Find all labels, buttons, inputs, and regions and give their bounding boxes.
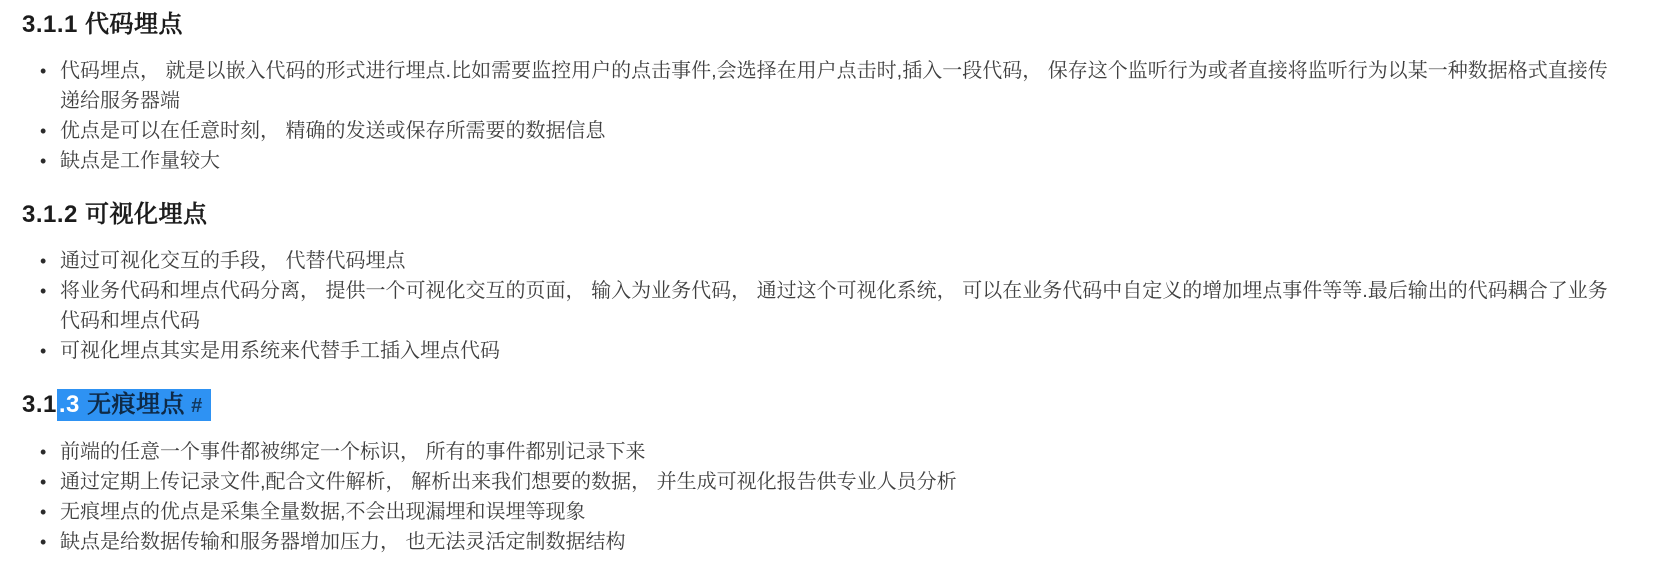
- list-item: 优点是可以在任意时刻， 精确的发送或保存所需要的数据信息: [38, 116, 1618, 146]
- list-item: 代码埋点， 就是以嵌入代码的形式进行埋点.比如需要监控用户的点击事件,会选择在用…: [38, 56, 1618, 116]
- list-item: 将业务代码和埋点代码分离， 提供一个可视化交互的页面， 输入为业务代码， 通过这…: [38, 276, 1618, 336]
- document-page: 3.1.1 代码埋点 代码埋点， 就是以嵌入代码的形式进行埋点.比如需要监控用户…: [0, 0, 1666, 557]
- heading-text: 3.1.1 代码埋点: [22, 11, 183, 38]
- list-item: 缺点是工作量较大: [38, 146, 1618, 176]
- heading-text: 3.1.2 可视化埋点: [22, 201, 208, 228]
- selected-heading-number: .3: [59, 391, 87, 418]
- section-heading-visual-tracking: 3.1.2 可视化埋点: [22, 200, 1642, 230]
- bullet-list-code-tracking: 代码埋点， 就是以嵌入代码的形式进行埋点.比如需要监控用户的点击事件,会选择在用…: [22, 56, 1618, 176]
- list-item: 可视化埋点其实是用系统来代替手工插入埋点代码: [38, 336, 1618, 366]
- selected-heading-label: 无痕埋点: [87, 391, 185, 418]
- heading-prefix: 3.1: [22, 391, 57, 418]
- section-heading-code-tracking: 3.1.1 代码埋点: [22, 10, 1642, 40]
- list-item: 前端的任意一个事件都被绑定一个标识， 所有的事件都别记录下来: [38, 437, 1618, 467]
- heading-anchor-link[interactable]: #: [191, 395, 203, 417]
- list-item: 通过定期上传记录文件,配合文件解析， 解析出来我们想要的数据， 并生成可视化报告…: [38, 467, 1618, 497]
- section-heading-traceless-tracking: 3.1.3 无痕埋点#: [22, 390, 1642, 421]
- list-item: 通过可视化交互的手段， 代替代码埋点: [38, 246, 1618, 276]
- list-item: 无痕埋点的优点是采集全量数据,不会出现漏埋和误埋等现象: [38, 497, 1618, 527]
- bullet-list-visual-tracking: 通过可视化交互的手段， 代替代码埋点 将业务代码和埋点代码分离， 提供一个可视化…: [22, 246, 1618, 366]
- bullet-list-traceless-tracking: 前端的任意一个事件都被绑定一个标识， 所有的事件都别记录下来 通过定期上传记录文…: [22, 437, 1618, 557]
- list-item: 缺点是给数据传输和服务器增加压力， 也无法灵活定制数据结构: [38, 527, 1618, 557]
- selected-heading-text: .3 无痕埋点#: [57, 389, 211, 421]
